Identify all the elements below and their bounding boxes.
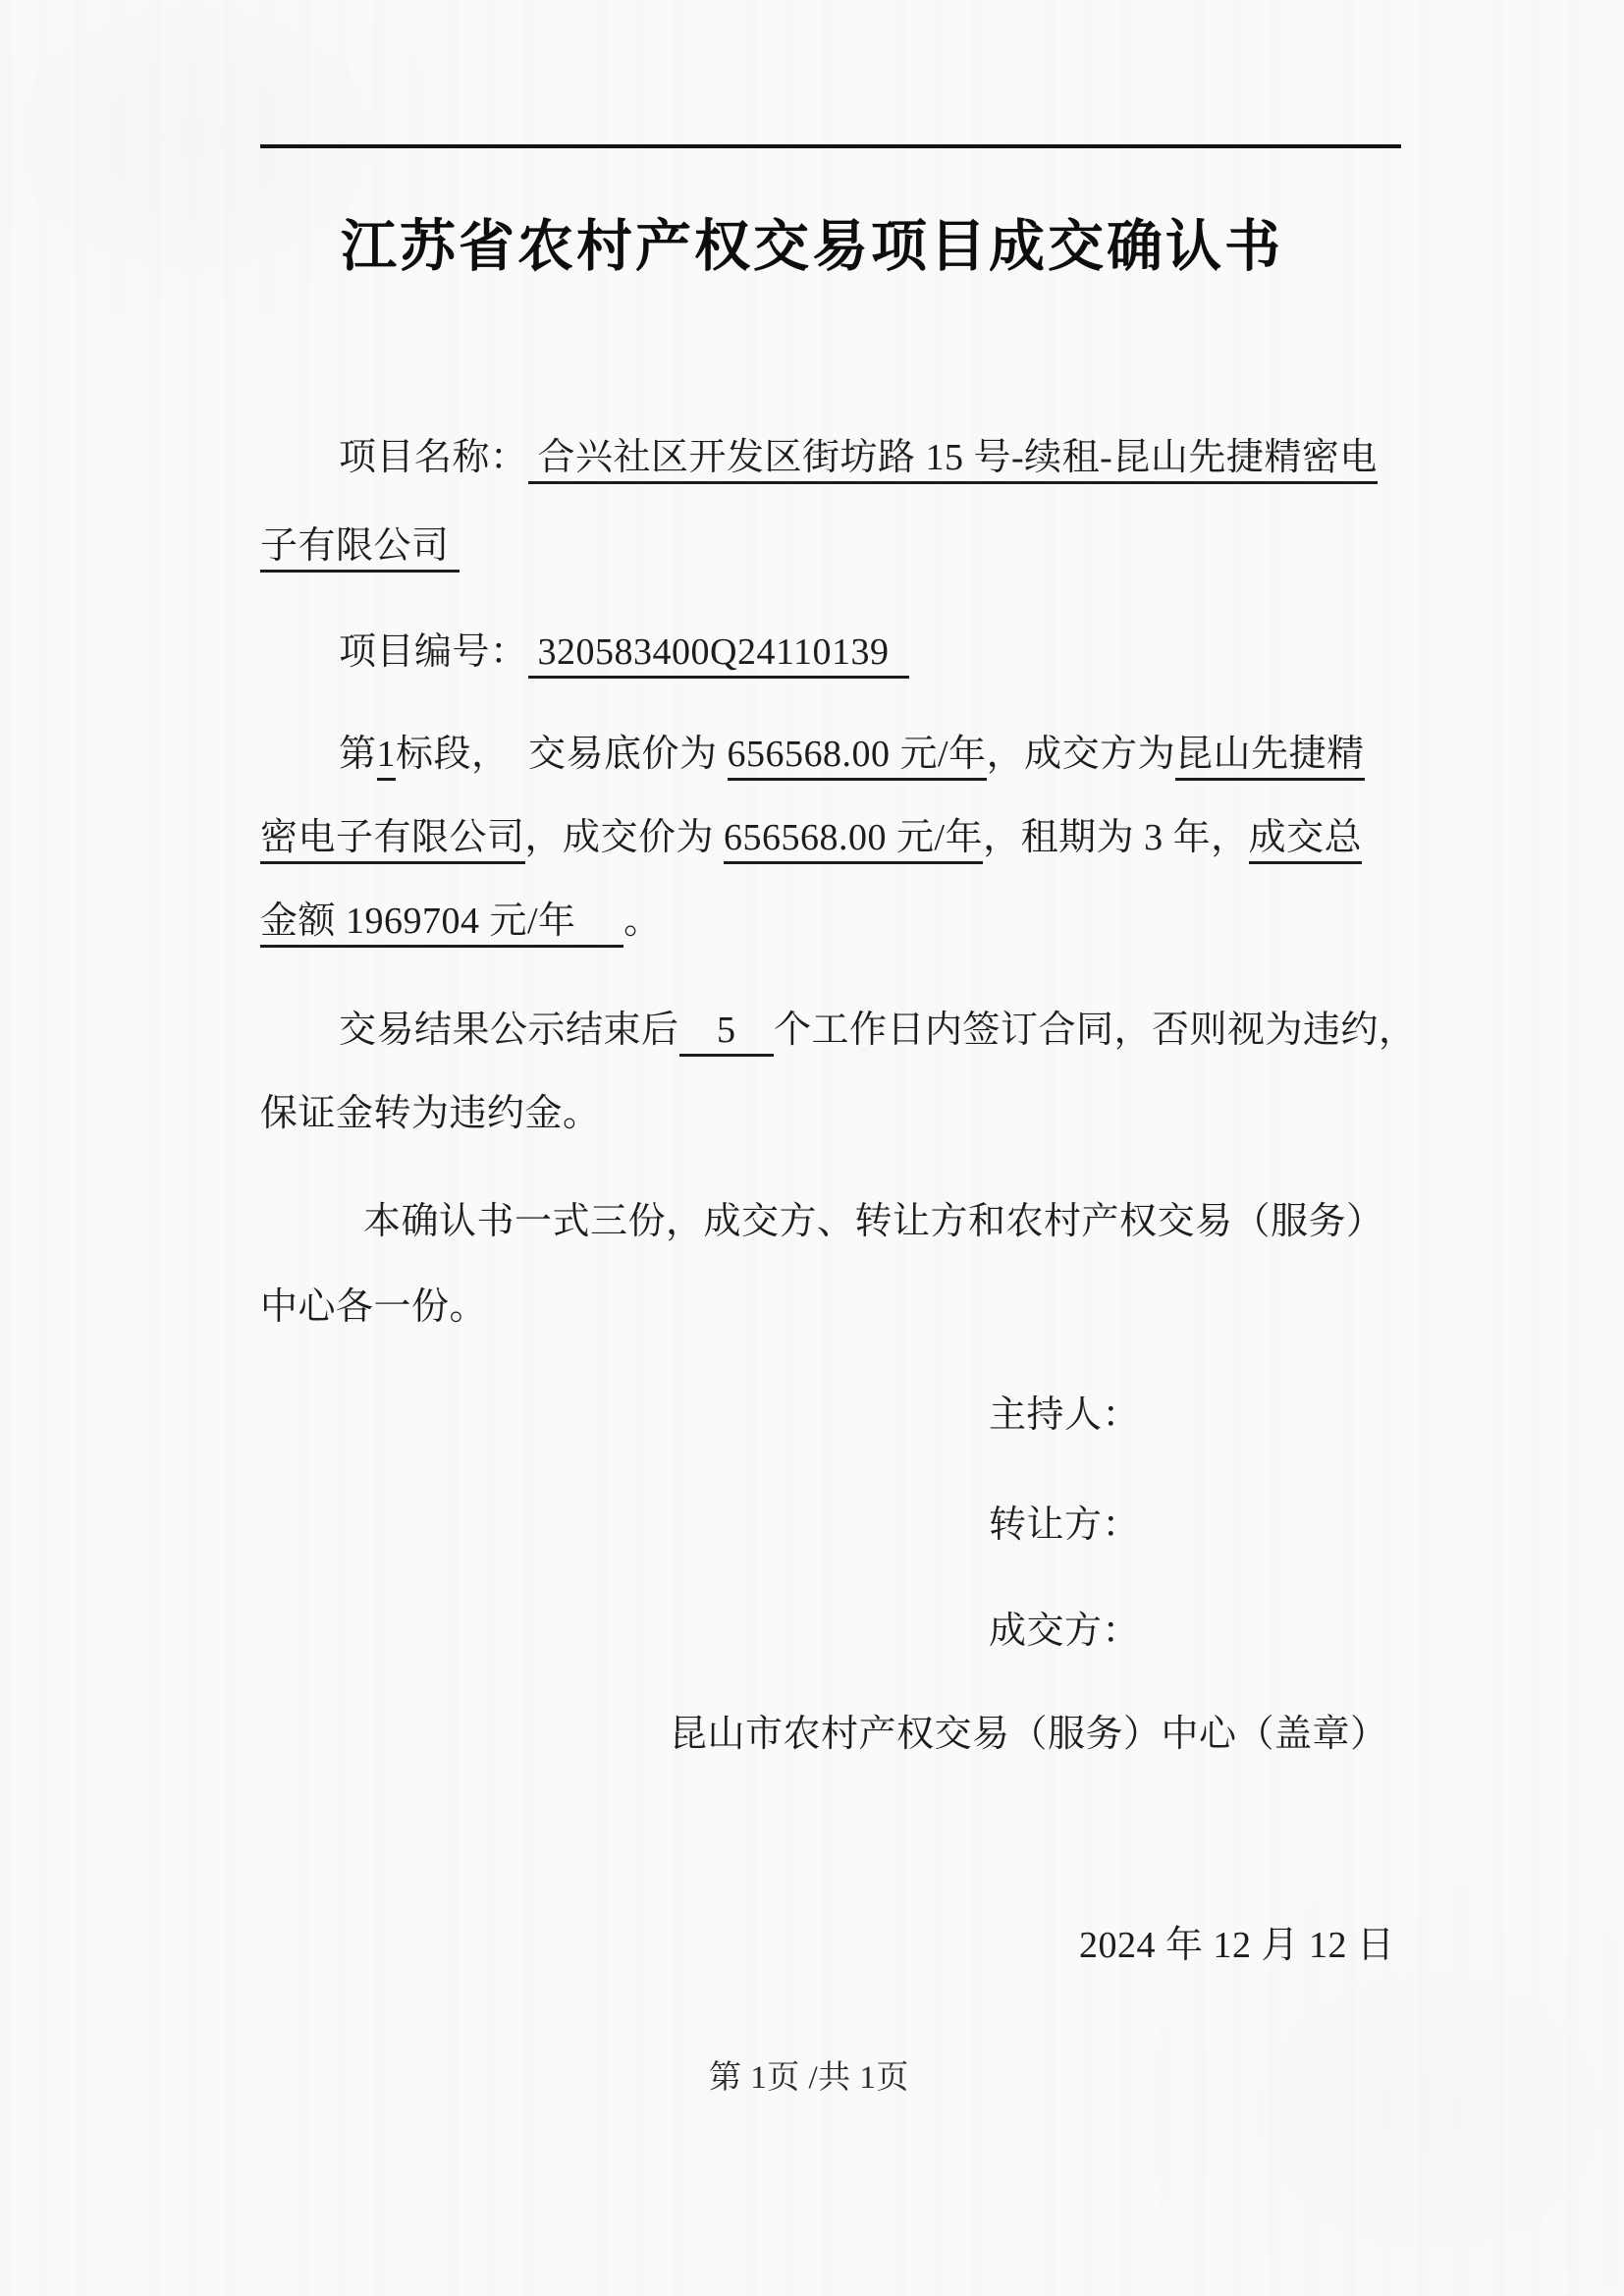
document-date: 2024 年 12 月 12 日 bbox=[1079, 1923, 1395, 1968]
bid-text-1: 标段， 交易底价为 bbox=[396, 734, 728, 775]
contract-days-value: 5 bbox=[679, 1010, 775, 1057]
contract-text-3: 保证金转为违约金。 bbox=[260, 1093, 601, 1134]
project-name-label: 项目名称： bbox=[339, 437, 528, 478]
contract-clause-line-1: 交易结果公示结束后 5 个工作日内签订合同，否则视为违约， bbox=[339, 1008, 1417, 1053]
header-rule bbox=[260, 144, 1401, 148]
bid-period: 。 bbox=[623, 901, 662, 942]
bid-text-2: ，成交方为 bbox=[987, 734, 1176, 775]
project-code-label: 项目编号： bbox=[339, 631, 528, 673]
signature-transferor-label: 转让方： bbox=[989, 1503, 1140, 1548]
winner-name-part-1: 昆山先捷精 bbox=[1175, 734, 1365, 781]
bid-prefix: 第 bbox=[339, 734, 377, 775]
document-page: 江苏省农村产权交易项目成交确认书 项目名称： 合兴社区开发区街坊路 15 号-续… bbox=[0, 0, 1624, 2296]
project-name-value-2: 子有限公司 bbox=[260, 525, 460, 573]
document-title: 江苏省农村产权交易项目成交确认书 bbox=[0, 201, 1624, 282]
copies-clause-line-2: 中心各一份。 bbox=[260, 1285, 487, 1330]
bid-text-3: ，成交价为 bbox=[525, 817, 725, 858]
project-name-value-1: 合兴社区开发区街坊路 15 号-续租-昆山先捷精密电 bbox=[528, 437, 1378, 484]
org-seal-line: 昆山市农村产权交易（服务）中心（盖章） bbox=[670, 1712, 1388, 1757]
signature-transferee-label: 成交方： bbox=[989, 1609, 1140, 1654]
winner-name-part-2: 密电子有限公司 bbox=[260, 817, 525, 864]
bid-section-number: 1 bbox=[377, 734, 397, 781]
project-code-value: 320583400Q24110139 bbox=[528, 631, 909, 679]
bid-section-line-1: 第1标段， 交易底价为 656568.00 元/年，成交方为昆山先捷精 bbox=[339, 732, 1365, 777]
bid-text-4: ，租期为 3 年， bbox=[983, 817, 1249, 858]
project-code-line: 项目编号： 320583400Q24110139 bbox=[339, 629, 909, 675]
bid-section-line-2: 密电子有限公司，成交价为 656568.00 元/年，租期为 3 年，成交总 bbox=[260, 815, 1362, 860]
deal-price-value: 656568.00 元/年 bbox=[724, 817, 983, 864]
copies-clause-line-1: 本确认书一式三份，成交方、转让方和农村产权交易（服务） bbox=[363, 1199, 1384, 1244]
contract-text-1: 交易结果公示结束后 bbox=[339, 1010, 679, 1051]
floor-price-value: 656568.00 元/年 bbox=[728, 734, 987, 781]
contract-clause-line-2: 保证金转为违约金。 bbox=[260, 1091, 601, 1136]
copies-text-2: 中心各一份。 bbox=[260, 1286, 487, 1328]
signature-host-label: 主持人： bbox=[989, 1393, 1140, 1438]
copies-text-1: 本确认书一式三份，成交方、转让方和农村产权交易（服务） bbox=[363, 1201, 1384, 1242]
project-name-line-1: 项目名称： 合兴社区开发区街坊路 15 号-续租-昆山先捷精密电 bbox=[339, 435, 1378, 480]
project-name-line-2: 子有限公司 bbox=[260, 523, 460, 569]
page-number-footer: 第 1页 /共 1页 bbox=[709, 2055, 909, 2101]
contract-text-2: 个工作日内签订合同，否则视为违约， bbox=[774, 1010, 1417, 1051]
bid-section-line-3: 金额 1969704 元/年 。 bbox=[260, 899, 662, 944]
total-amount-part-1: 成交总 bbox=[1249, 817, 1363, 864]
total-amount-part-2: 金额 1969704 元/年 bbox=[260, 901, 623, 948]
